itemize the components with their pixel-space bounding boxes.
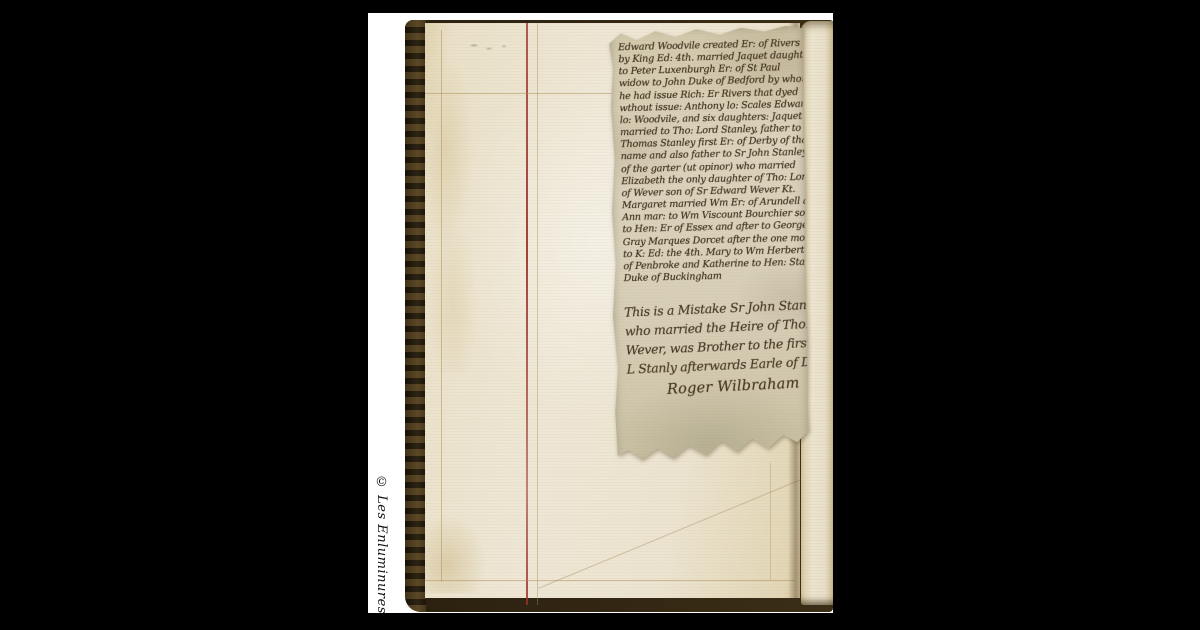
signature: Roger Wilbraham xyxy=(667,375,800,397)
margin-rule-vertical xyxy=(537,23,538,605)
photo-backdrop: © Les Enluminures Edward Woodvile create… xyxy=(0,0,1200,630)
copyright-watermark: © Les Enluminures xyxy=(374,475,389,625)
slip-main-text: Edward Woodvile created Er: of Riversby … xyxy=(618,38,806,285)
manuscript-photo: © Les Enluminures Edward Woodvile create… xyxy=(368,13,833,613)
pasted-slip-wrapper: Edward Woodvile created Er: of Riversby … xyxy=(609,26,809,465)
book-spine-edge xyxy=(405,20,426,612)
margin-rule-horizontal xyxy=(425,580,795,581)
pasted-slip: Edward Woodvile created Er: of Riversby … xyxy=(609,26,809,465)
red-rule-vertical xyxy=(526,23,528,605)
slip-annotation-text: This is a Mistake Sr John Stanleywho mar… xyxy=(624,295,805,378)
margin-rule-vertical xyxy=(770,463,771,580)
margin-rule-vertical xyxy=(441,30,442,582)
